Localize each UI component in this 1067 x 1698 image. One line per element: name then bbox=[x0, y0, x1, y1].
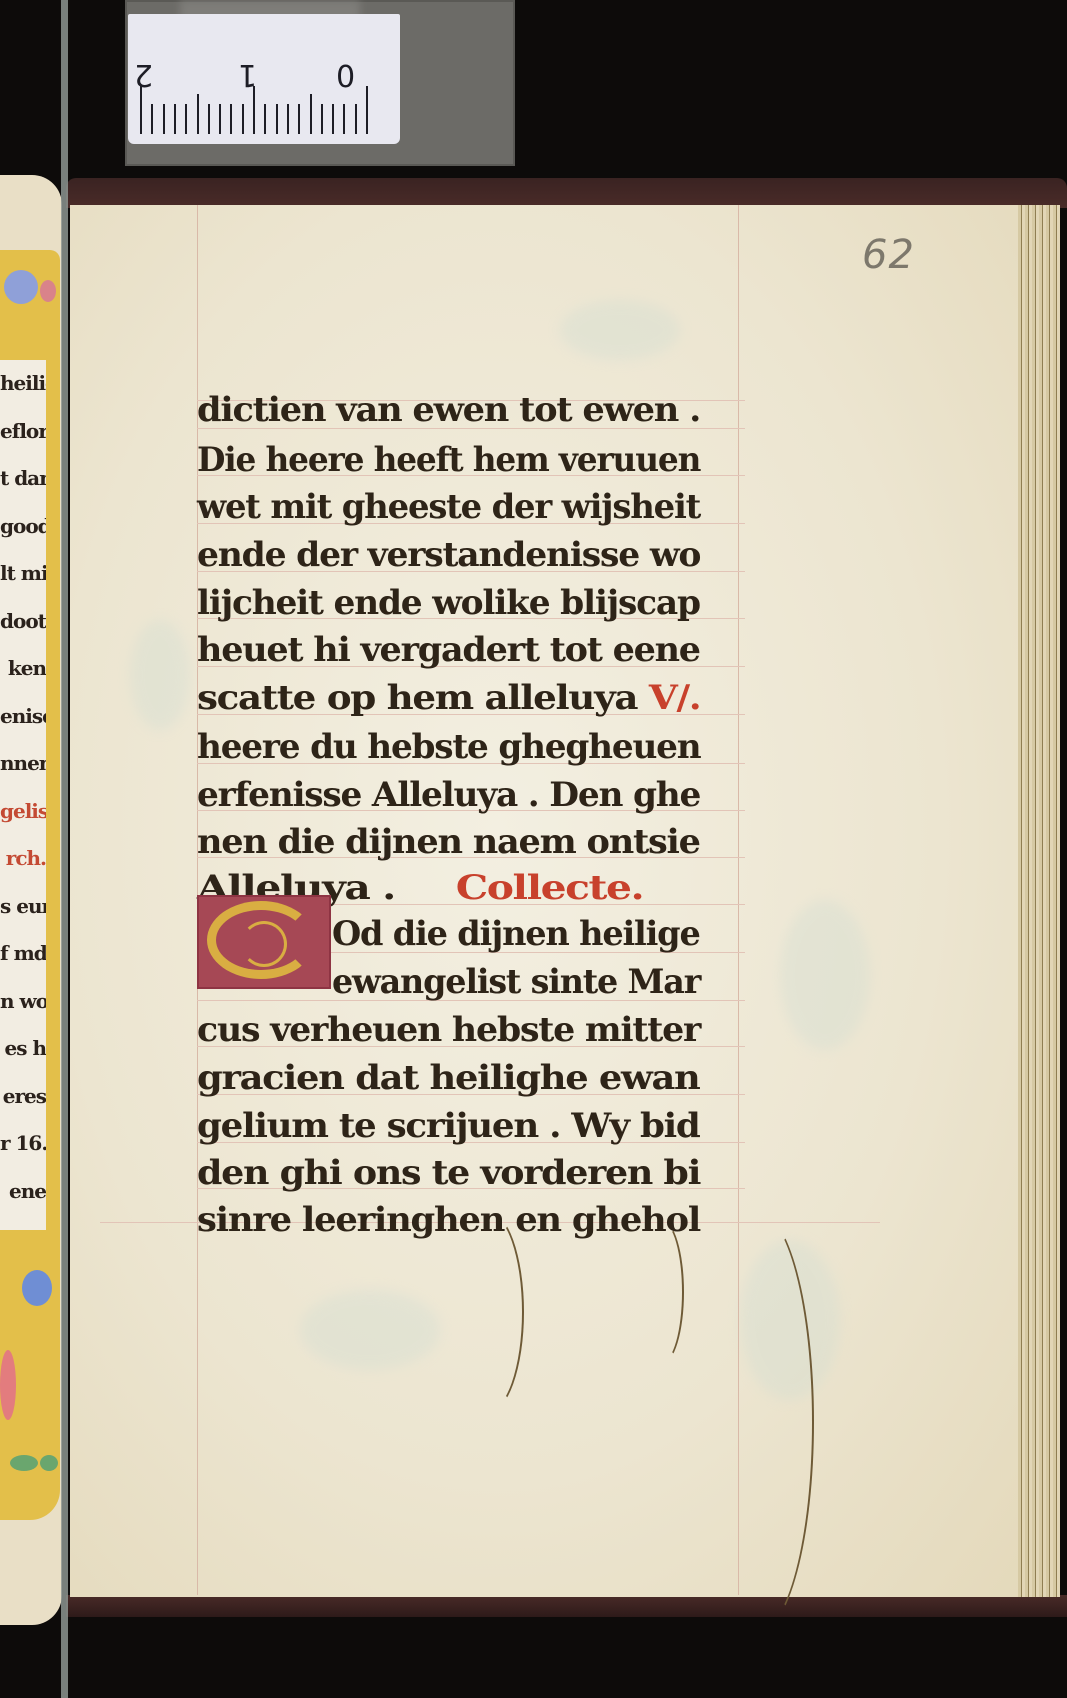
leaf-icon bbox=[40, 1455, 58, 1471]
left-page-line: gelis bbox=[0, 788, 46, 834]
pink-flower-icon bbox=[40, 280, 56, 302]
text-line: heere du hebste ghegheuen bbox=[197, 727, 700, 767]
show-through bbox=[130, 620, 190, 730]
left-page-line: doots bbox=[0, 598, 46, 644]
collect-line: ewangelist sinte Mar bbox=[332, 962, 700, 1002]
ruler-tick bbox=[321, 104, 323, 134]
collect-line: den ghi ons te vorderen bi bbox=[197, 1153, 700, 1193]
ruler-tick bbox=[219, 104, 221, 134]
ruler-tick bbox=[140, 86, 142, 134]
blue-flower-icon bbox=[22, 1270, 52, 1306]
ruler-tick bbox=[151, 104, 153, 134]
left-page-line: r 16. bbox=[0, 1120, 46, 1166]
text-line: erfenisse Alleluya . Den ghe bbox=[197, 775, 700, 815]
left-page-line: es h bbox=[0, 1025, 46, 1071]
left-page-line: nnen bbox=[0, 740, 46, 786]
blue-flower-icon bbox=[4, 270, 38, 304]
ruler-tick bbox=[298, 104, 300, 134]
text-line: scatte op hem alleluya V/. bbox=[197, 678, 700, 718]
binding-top bbox=[66, 178, 1067, 208]
ruler-tick bbox=[174, 104, 176, 134]
red-flower-icon bbox=[0, 1350, 16, 1420]
ruler-tick bbox=[253, 86, 255, 134]
page-edges bbox=[1018, 205, 1060, 1597]
text-segment: scatte op hem alleluya bbox=[197, 678, 637, 718]
ruler-tick bbox=[163, 104, 165, 134]
text-line: Die heere heeft hem veruuen bbox=[197, 440, 700, 480]
ruler-label-2: 2 bbox=[134, 59, 153, 89]
left-page-line: goods bbox=[0, 503, 46, 549]
collect-line: gracien dat heilighe ewan bbox=[197, 1058, 700, 1098]
text-line: dictien van ewen tot ewen . bbox=[197, 390, 700, 430]
binding-bottom bbox=[66, 1595, 1067, 1617]
ruler-tick bbox=[343, 104, 345, 134]
initial-foliage-icon bbox=[241, 921, 287, 967]
scale-ruler: 2 1 0 bbox=[128, 14, 400, 144]
left-page-line: lt mij bbox=[0, 550, 46, 596]
collect-heading: Collecte. bbox=[456, 868, 644, 908]
ruler-tick bbox=[264, 104, 266, 134]
left-page-line: f mde bbox=[0, 930, 46, 976]
left-page-line: rch. bbox=[0, 835, 46, 881]
left-page-line: enise bbox=[0, 693, 46, 739]
versicle-rubric: V/. bbox=[649, 678, 701, 718]
show-through bbox=[780, 900, 870, 1050]
flourish-stroke bbox=[640, 1220, 684, 1364]
ruler-tick bbox=[276, 104, 278, 134]
ruler-tick bbox=[197, 94, 199, 134]
ruler-tick bbox=[242, 104, 244, 134]
flourish-stroke bbox=[450, 1210, 524, 1414]
ruler-tick bbox=[230, 104, 232, 134]
text-line: ende der verstandenisse wo bbox=[197, 535, 700, 575]
ruler-tick bbox=[332, 104, 334, 134]
illuminated-initial bbox=[197, 895, 331, 989]
leaf-icon bbox=[10, 1455, 38, 1471]
folio-number: 62 bbox=[862, 232, 915, 278]
show-through bbox=[300, 1290, 440, 1370]
collect-line: sinre leeringhen en ghehol bbox=[197, 1200, 700, 1240]
left-page-line: n wo bbox=[0, 978, 46, 1024]
ruler-tick bbox=[310, 94, 312, 134]
ruler-tick bbox=[287, 104, 289, 134]
collect-line: Od die dijnen heilige bbox=[332, 914, 700, 954]
left-page-line: t dan bbox=[0, 455, 46, 501]
ruler-label-0: 0 bbox=[336, 59, 355, 89]
text-line: wet mit gheeste der wijsheit bbox=[197, 487, 700, 527]
ruler-tick bbox=[185, 104, 187, 134]
collect-line: cus verheuen hebste mitter bbox=[197, 1010, 700, 1050]
text-line: heuet hi vergadert tot eene bbox=[197, 630, 700, 670]
left-text-block: heilighefloret dangoodslt mijdootskeneni… bbox=[0, 360, 46, 1230]
ruler-tick bbox=[208, 104, 210, 134]
left-page-line: eres bbox=[0, 1073, 46, 1119]
ruler-tick bbox=[355, 104, 357, 134]
show-through bbox=[560, 300, 680, 360]
flourish-stroke bbox=[700, 1210, 814, 1634]
ruler-label-1: 1 bbox=[238, 59, 257, 89]
left-page-line: ene bbox=[0, 1168, 46, 1214]
left-page-line: heiligh bbox=[0, 360, 46, 406]
collect-line: gelium te scrijuen . Wy bid bbox=[197, 1106, 700, 1146]
left-page-line: ken bbox=[0, 645, 46, 691]
text-line: lijcheit ende wolike blijscap bbox=[197, 583, 700, 623]
left-page-line: eflore bbox=[0, 408, 46, 454]
ruler-tick bbox=[366, 86, 368, 134]
text-line: nen die dijnen naem ontsie bbox=[197, 822, 700, 862]
left-page-line: s eun bbox=[0, 883, 46, 929]
glass-weight bbox=[61, 0, 68, 1698]
